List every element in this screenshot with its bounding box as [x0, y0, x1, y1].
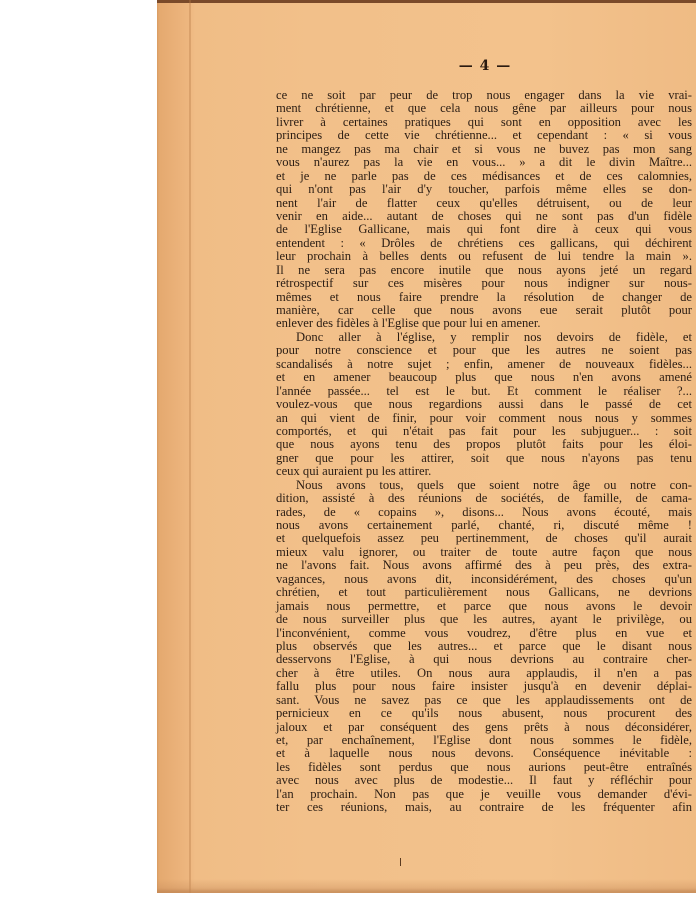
print-mark [400, 858, 401, 866]
text-line: l'an prochain. Non pas que je veuille vo… [276, 788, 692, 801]
text-line: nent l'air de flatter ceux qu'elles détr… [276, 197, 692, 210]
text-line: leur prochain à belles dents ou refusent… [276, 250, 692, 263]
text-line: chrétien, et tout particulièrement nous … [276, 586, 692, 599]
text-line: les fidèles sont perdus que nous aurions… [276, 761, 692, 774]
text-line: Donc aller à l'église, y remplir nos dev… [276, 331, 692, 344]
text-line: pour notre conscience et pour que les au… [276, 344, 692, 357]
text-line: et quelquefois assez peu pertinemment, d… [276, 532, 692, 545]
text-line: jamais nous permettre, et parce que nous… [276, 600, 692, 613]
text-line: an qui vient de finir, pour voir comment… [276, 412, 692, 425]
text-line: ter ces réunions, mais, au contraire de … [276, 801, 692, 814]
text-line: voulez-vous que nous regardions aussi da… [276, 398, 692, 411]
text-line: pernicieux en ce qu'ils nous abusent, no… [276, 707, 692, 720]
text-line: comportés, et qui n'était pas fait pour … [276, 425, 692, 438]
text-line: gner que pour les attirer, soit que nous… [276, 452, 692, 465]
text-line: de nous surveiller plus que les autres, … [276, 613, 692, 626]
text-line: et, par enchaînement, l'Eglise dont nous… [276, 734, 692, 747]
text-line: de l'Eglise Gallicane, mais qui font dir… [276, 223, 692, 236]
text-line: desservons l'Eglise, à qui nous devrions… [276, 653, 692, 666]
text-line: ne mangez pas ma chair et si vous ne buv… [276, 143, 692, 156]
text-line: scandalisés à notre sujet ; enfin, amene… [276, 358, 692, 371]
text-line: plus observés que les autres... et parce… [276, 640, 692, 653]
text-line: Nous avons tous, quels que soient notre … [276, 479, 692, 492]
text-line: manière, car celle que nous avons eue se… [276, 304, 692, 317]
text-line: entendent : « Drôles de chrétiens ces ga… [276, 237, 692, 250]
text-line: l'inconvénient, comme vous voudrez, d'êt… [276, 627, 692, 640]
text-line: et en amener beaucoup plus que nous n'en… [276, 371, 692, 384]
text-line: dition, assisté à des réunions de sociét… [276, 492, 692, 505]
text-line: qui n'ont pas l'air d'y toucher, parfois… [276, 183, 692, 196]
text-line: et je ne parle pas de ces médisances et … [276, 170, 692, 183]
text-line: venir en aide... autant de choses qui ne… [276, 210, 692, 223]
text-line: enlever des fidèles à l'Eglise que pour … [276, 317, 692, 330]
paragraph-3: Nous avons tous, quels que soient notre … [276, 479, 692, 815]
text-line: cher à être utiles. On nous aura applaud… [276, 667, 692, 680]
text-line: livrer à certaines pratiques qui sont en… [276, 116, 692, 129]
text-line: mêmes et nous faire prendre la résolutio… [276, 291, 692, 304]
body-text: ce ne soit par peur de trop nous engager… [276, 89, 692, 815]
text-line: vous n'aurez pas la vie en vous... » a d… [276, 156, 692, 169]
text-line: ment chrétienne, et que cela nous gêne p… [276, 102, 692, 115]
paragraph-2: Donc aller à l'église, y remplir nos dev… [276, 331, 692, 479]
text-line: sant. Vous ne savez pas ce que les appla… [276, 694, 692, 707]
text-line: rades, de « copains », disons... Nous av… [276, 506, 692, 519]
text-line: ceux qui auraient pu les attirer. [276, 465, 692, 478]
text-line: ne l'avons fait. Nous avons affirmé des … [276, 559, 692, 572]
text-line: rétrospectif sur ces misères pour nous i… [276, 277, 692, 290]
text-line: principes de cette vie chrétienne... et … [276, 129, 692, 142]
text-line: mieux valu ignorer, ou traiter de toute … [276, 546, 692, 559]
text-line: vagances, nous avons dit, inconsidérémen… [276, 573, 692, 586]
text-line: avec nous avec plus de modestie... Il fa… [276, 774, 692, 787]
page-number: — 4 — [440, 58, 530, 74]
paragraph-1: ce ne soit par peur de trop nous engager… [276, 89, 692, 331]
text-line: et à laquelle nous nous devons. Conséque… [276, 747, 692, 760]
text-line: fallu plus pour nous faire insister jusq… [276, 680, 692, 693]
text-line: jaloux et par conséquent des gens prêts … [276, 721, 692, 734]
text-line: ce ne soit par peur de trop nous engager… [276, 89, 692, 102]
text-line: que nous ayons tenu des propos plutôt fa… [276, 438, 692, 451]
text-line: l'année passée... tel est le but. Et com… [276, 385, 692, 398]
text-line: nous avons certainement parlé, chanté, r… [276, 519, 692, 532]
text-line: Il ne sera pas encore inutile que nous a… [276, 264, 692, 277]
